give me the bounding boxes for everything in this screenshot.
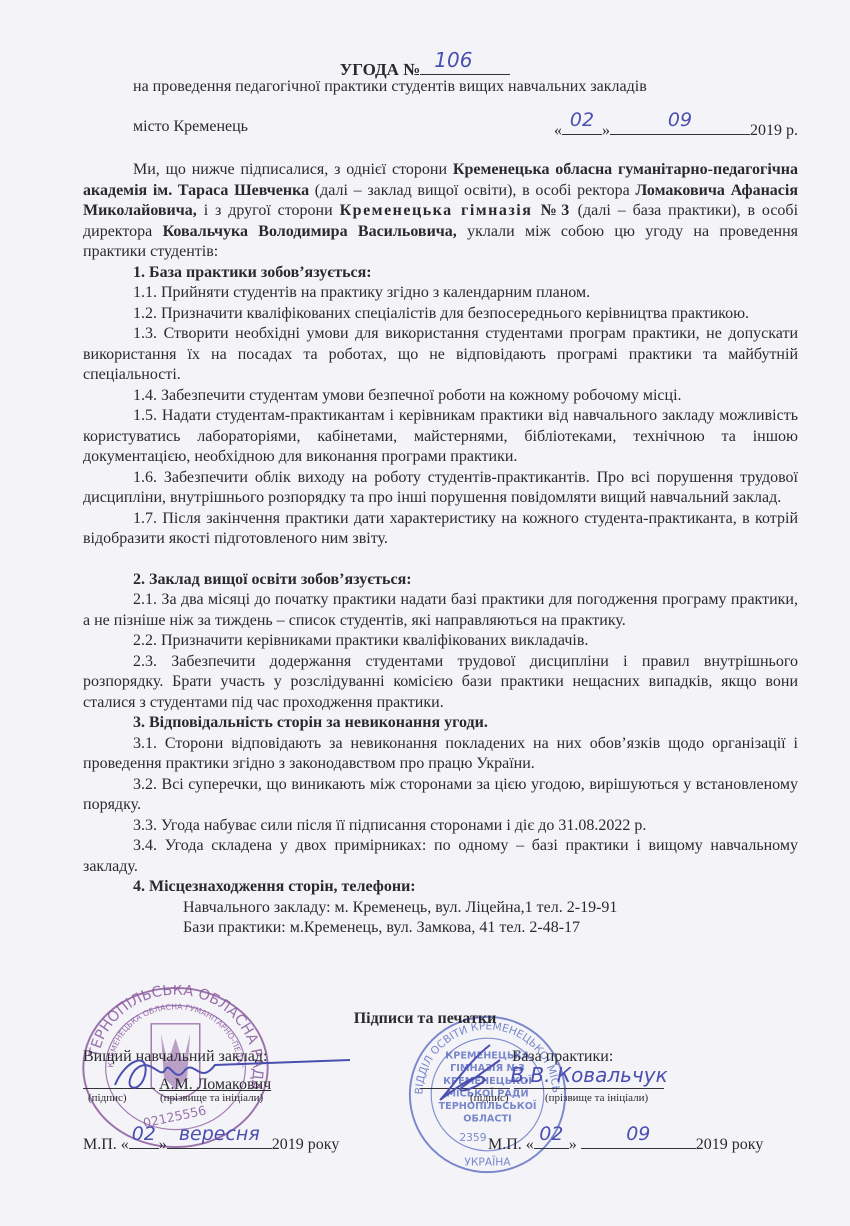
right-year: 2019 року bbox=[696, 1136, 764, 1153]
left-mp: М.П. bbox=[83, 1136, 117, 1153]
document-subtitle: на проведення педагогічної практики студ… bbox=[133, 78, 647, 96]
signatures-title: Підписи та печатки bbox=[0, 1010, 850, 1028]
date-day-field: 02 bbox=[562, 118, 602, 135]
date-month: 09 bbox=[668, 109, 692, 131]
clause-1-5: 1.5. Надати студентам-практикантам і кер… bbox=[83, 406, 798, 468]
right-date-day: 02 bbox=[539, 1123, 563, 1145]
city: місто Кременець bbox=[133, 118, 248, 135]
city-date-line: місто Кременець «02»092019 р. bbox=[133, 118, 798, 136]
agreement-date: «02»092019 р. bbox=[554, 118, 798, 140]
agreement-page: УГОДА №106 на проведення педагогічної пр… bbox=[0, 0, 850, 1226]
svg-text:2359: 2359 bbox=[459, 1131, 486, 1144]
left-date-day: 02 bbox=[132, 1123, 156, 1145]
clause-1-4: 1.4. Забезпечити студентам умови безпечн… bbox=[83, 386, 798, 407]
clause-2-2: 2.2. Призначити керівниками практики ква… bbox=[83, 631, 798, 652]
left-date-month: вересня bbox=[179, 1123, 260, 1145]
clause-1-7: 1.7. Після закінчення практики дати хара… bbox=[83, 509, 798, 550]
clause-3-1: 3.1. Сторони відповідають за невиконання… bbox=[83, 734, 798, 775]
clause-1-3: 1.3. Створити необхідні умови для викори… bbox=[83, 324, 798, 386]
institution-contact: Навчального закладу: м. Кременець, вул. … bbox=[83, 898, 798, 919]
document-title: УГОДА №106 bbox=[0, 58, 850, 80]
clause-1-2: 1.2. Призначити кваліфікованих спеціаліс… bbox=[83, 304, 798, 325]
date-day: 02 bbox=[570, 109, 594, 131]
right-date-month: 09 bbox=[626, 1123, 650, 1145]
clause-3-2: 3.2. Всі суперечки, що виникають між сто… bbox=[83, 775, 798, 816]
gymnasium-name: Кременецька гімназія №3 bbox=[340, 202, 571, 219]
title-label: УГОДА № bbox=[340, 60, 421, 79]
right-caption-name: (прізвище та ініціали) bbox=[545, 1092, 648, 1104]
clause-1-6: 1.6. Забезпечити облік виходу на роботу … bbox=[83, 468, 798, 509]
left-year: 2019 року bbox=[272, 1136, 340, 1153]
agreement-body: Ми, що нижче підписалися, з однієї сторо… bbox=[83, 160, 798, 939]
base-contact: Бази практики: м.Кременець, вул. Замкова… bbox=[83, 918, 798, 939]
section1-heading: 1. База практики зобов’язується: bbox=[83, 263, 798, 284]
intro-paragraph: Ми, що нижче підписалися, з однієї сторо… bbox=[83, 160, 798, 263]
right-date-line: М.П. «02» 092019 року bbox=[488, 1132, 763, 1154]
clause-1-1: 1.1. Прийняти студентів на практику згід… bbox=[83, 283, 798, 304]
agreement-number: 106 bbox=[434, 48, 472, 72]
clause-2-3: 2.3. Забезпечити додержання студентами т… bbox=[83, 652, 798, 714]
quote-open: « bbox=[554, 122, 562, 139]
right-handwritten-signature bbox=[430, 1040, 510, 1110]
right-name-field: В.В. Ковальчук bbox=[514, 1072, 664, 1089]
right-mp: М.П. bbox=[488, 1136, 522, 1153]
section3-heading: 3. Відповідальність сторін за невиконанн… bbox=[83, 713, 798, 734]
date-year: 2019 р. bbox=[750, 122, 798, 139]
svg-text:ОБЛАСТІ: ОБЛАСТІ bbox=[463, 1114, 512, 1125]
clause-3-3: 3.3. Угода набуває сили після її підписа… bbox=[83, 816, 798, 837]
clause-2-1: 2.1. За два місяці до початку практики н… bbox=[83, 590, 798, 631]
right-signatory-name: В.В. Ковальчук bbox=[510, 1063, 667, 1087]
agreement-number-field: 106 bbox=[420, 58, 510, 75]
quote-close: » bbox=[602, 122, 610, 139]
clause-3-4: 3.4. Угода складена у двох примірниках: … bbox=[83, 836, 798, 877]
left-date-line: М.П. «02»вересня2019 року bbox=[83, 1132, 339, 1154]
date-month-field: 09 bbox=[610, 118, 750, 135]
section2-heading: 2. Заклад вищої освіти зобов’язується: bbox=[83, 570, 798, 591]
left-handwritten-signature bbox=[105, 1040, 355, 1100]
section4-heading: 4. Місцезнаходження сторін, телефони: bbox=[83, 877, 798, 898]
director-name: Ковальчука Володимира Васильовича, bbox=[163, 223, 457, 240]
svg-text:УКРАЇНА: УКРАЇНА bbox=[464, 1155, 511, 1168]
